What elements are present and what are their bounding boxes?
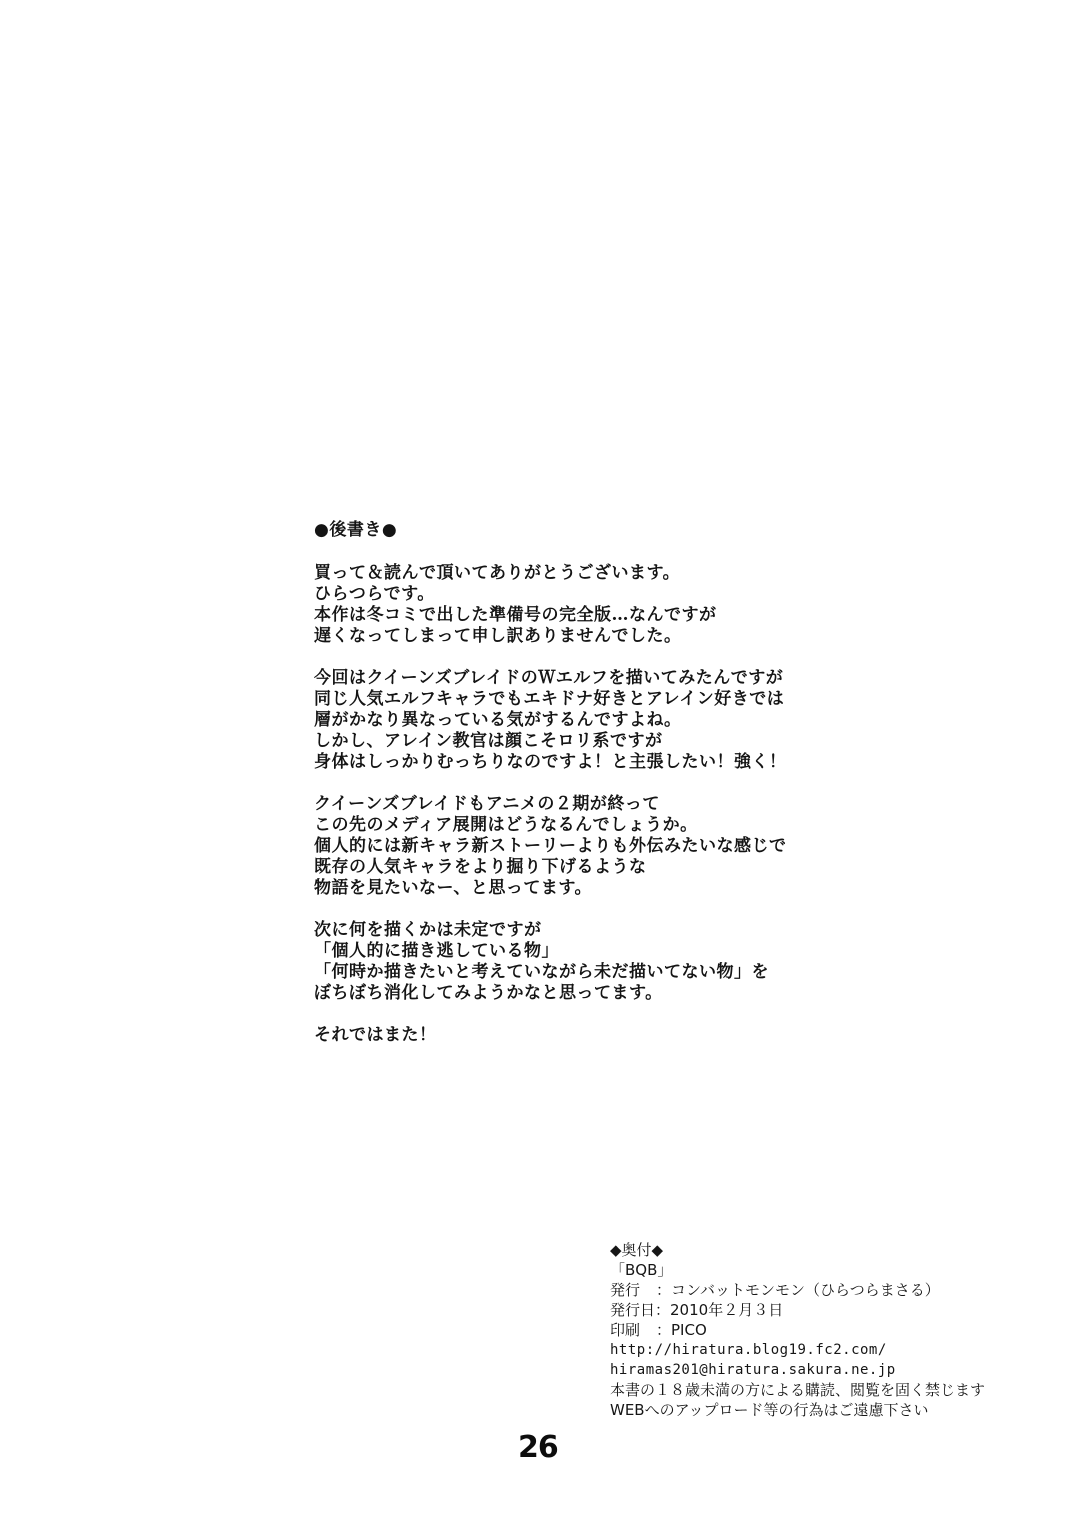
book-title: 「BQB」 [610,1260,1030,1280]
text-line: ぼちぼち消化してみようかなと思ってます。 [314,983,834,1004]
text-line: 今回はクイーンズブレイドのＷエルフを描いてみたんですが [314,668,834,689]
text-line: 身体はしっかりむっちりなのですよ！と主張したい！強く！ [314,752,834,773]
contact-email: hiramas201@hiratura.sakura.ne.jp [610,1360,1030,1380]
colophon-heading: ◆奥付◆ [610,1240,1030,1260]
date-value: ：2010年２月３日 [655,1301,783,1319]
text-line: 既存の人気キャラをより掘り下げるような [314,857,834,878]
printer-row: 印刷：PICO [610,1320,1030,1340]
text-line: 「個人的に描き逃している物」 [314,941,834,962]
text-line: 物語を見たいなー、と思ってます。 [314,878,834,899]
afterword-heading: ●後書き● [314,520,834,541]
text-line: 次に何を描くかは未定ですが [314,920,834,941]
text-line: クイーンズブレイドもアニメの２期が終って [314,794,834,815]
afterword-paragraph: 買って＆読んで頂いてありがとうございます。 ひらつらです。 本作は冬コミで出した… [314,563,834,647]
publisher-label: 発行 [610,1280,656,1300]
afterword-paragraph: クイーンズブレイドもアニメの２期が終って この先のメディア展開はどうなるんでしょ… [314,794,834,899]
printer-value: ：PICO [656,1321,707,1339]
text-line: 同じ人気エルフキャラでもエキドナ好きとアレイン好きでは [314,689,834,710]
printer-label: 印刷 [610,1320,656,1340]
afterword-section: ●後書き● 買って＆読んで頂いてありがとうございます。 ひらつらです。 本作は冬… [314,520,834,1067]
text-line: 層がかなり異なっている気がするんですよね。 [314,710,834,731]
website-url: http://hiratura.blog19.fc2.com/ [610,1340,1030,1360]
date-label: 発行日 [610,1301,655,1319]
upload-notice: WEBへのアップロード等の行為はご遠慮下さい [610,1400,1030,1420]
text-line: 本作は冬コミで出した準備号の完全版…なんですが [314,605,834,626]
book-page: ●後書き● 買って＆読んで頂いてありがとうございます。 ひらつらです。 本作は冬… [0,0,1071,1524]
text-line: 遅くなってしまって申し訳ありませんでした。 [314,626,834,647]
afterword-closing: それではまた！ [314,1025,834,1046]
text-line: ひらつらです。 [314,584,834,605]
text-line: 「何時か描きたいと考えていながら未だ描いてない物」を [314,962,834,983]
text-line: この先のメディア展開はどうなるんでしょうか。 [314,815,834,836]
page-number: 26 [518,1430,558,1465]
colophon-section: ◆奥付◆ 「BQB」 発行：コンバットモンモン（ひらつらまさる） 発行日：201… [610,1240,1030,1420]
text-line: それではまた！ [314,1025,834,1046]
age-restriction-notice: 本書の１８歳未満の方による購読、閲覧を固く禁じます [610,1380,1030,1400]
text-line: しかし、アレイン教官は顔こそロリ系ですが [314,731,834,752]
date-row: 発行日：2010年２月３日 [610,1300,1030,1320]
text-line: 個人的には新キャラ新ストーリーよりも外伝みたいな感じで [314,836,834,857]
afterword-paragraph: 今回はクイーンズブレイドのＷエルフを描いてみたんですが 同じ人気エルフキャラでも… [314,668,834,773]
text-line: 買って＆読んで頂いてありがとうございます。 [314,563,834,584]
publisher-row: 発行：コンバットモンモン（ひらつらまさる） [610,1280,1030,1300]
publisher-value: ：コンバットモンモン（ひらつらまさる） [656,1281,940,1299]
afterword-paragraph: 次に何を描くかは未定ですが 「個人的に描き逃している物」 「何時か描きたいと考え… [314,920,834,1004]
